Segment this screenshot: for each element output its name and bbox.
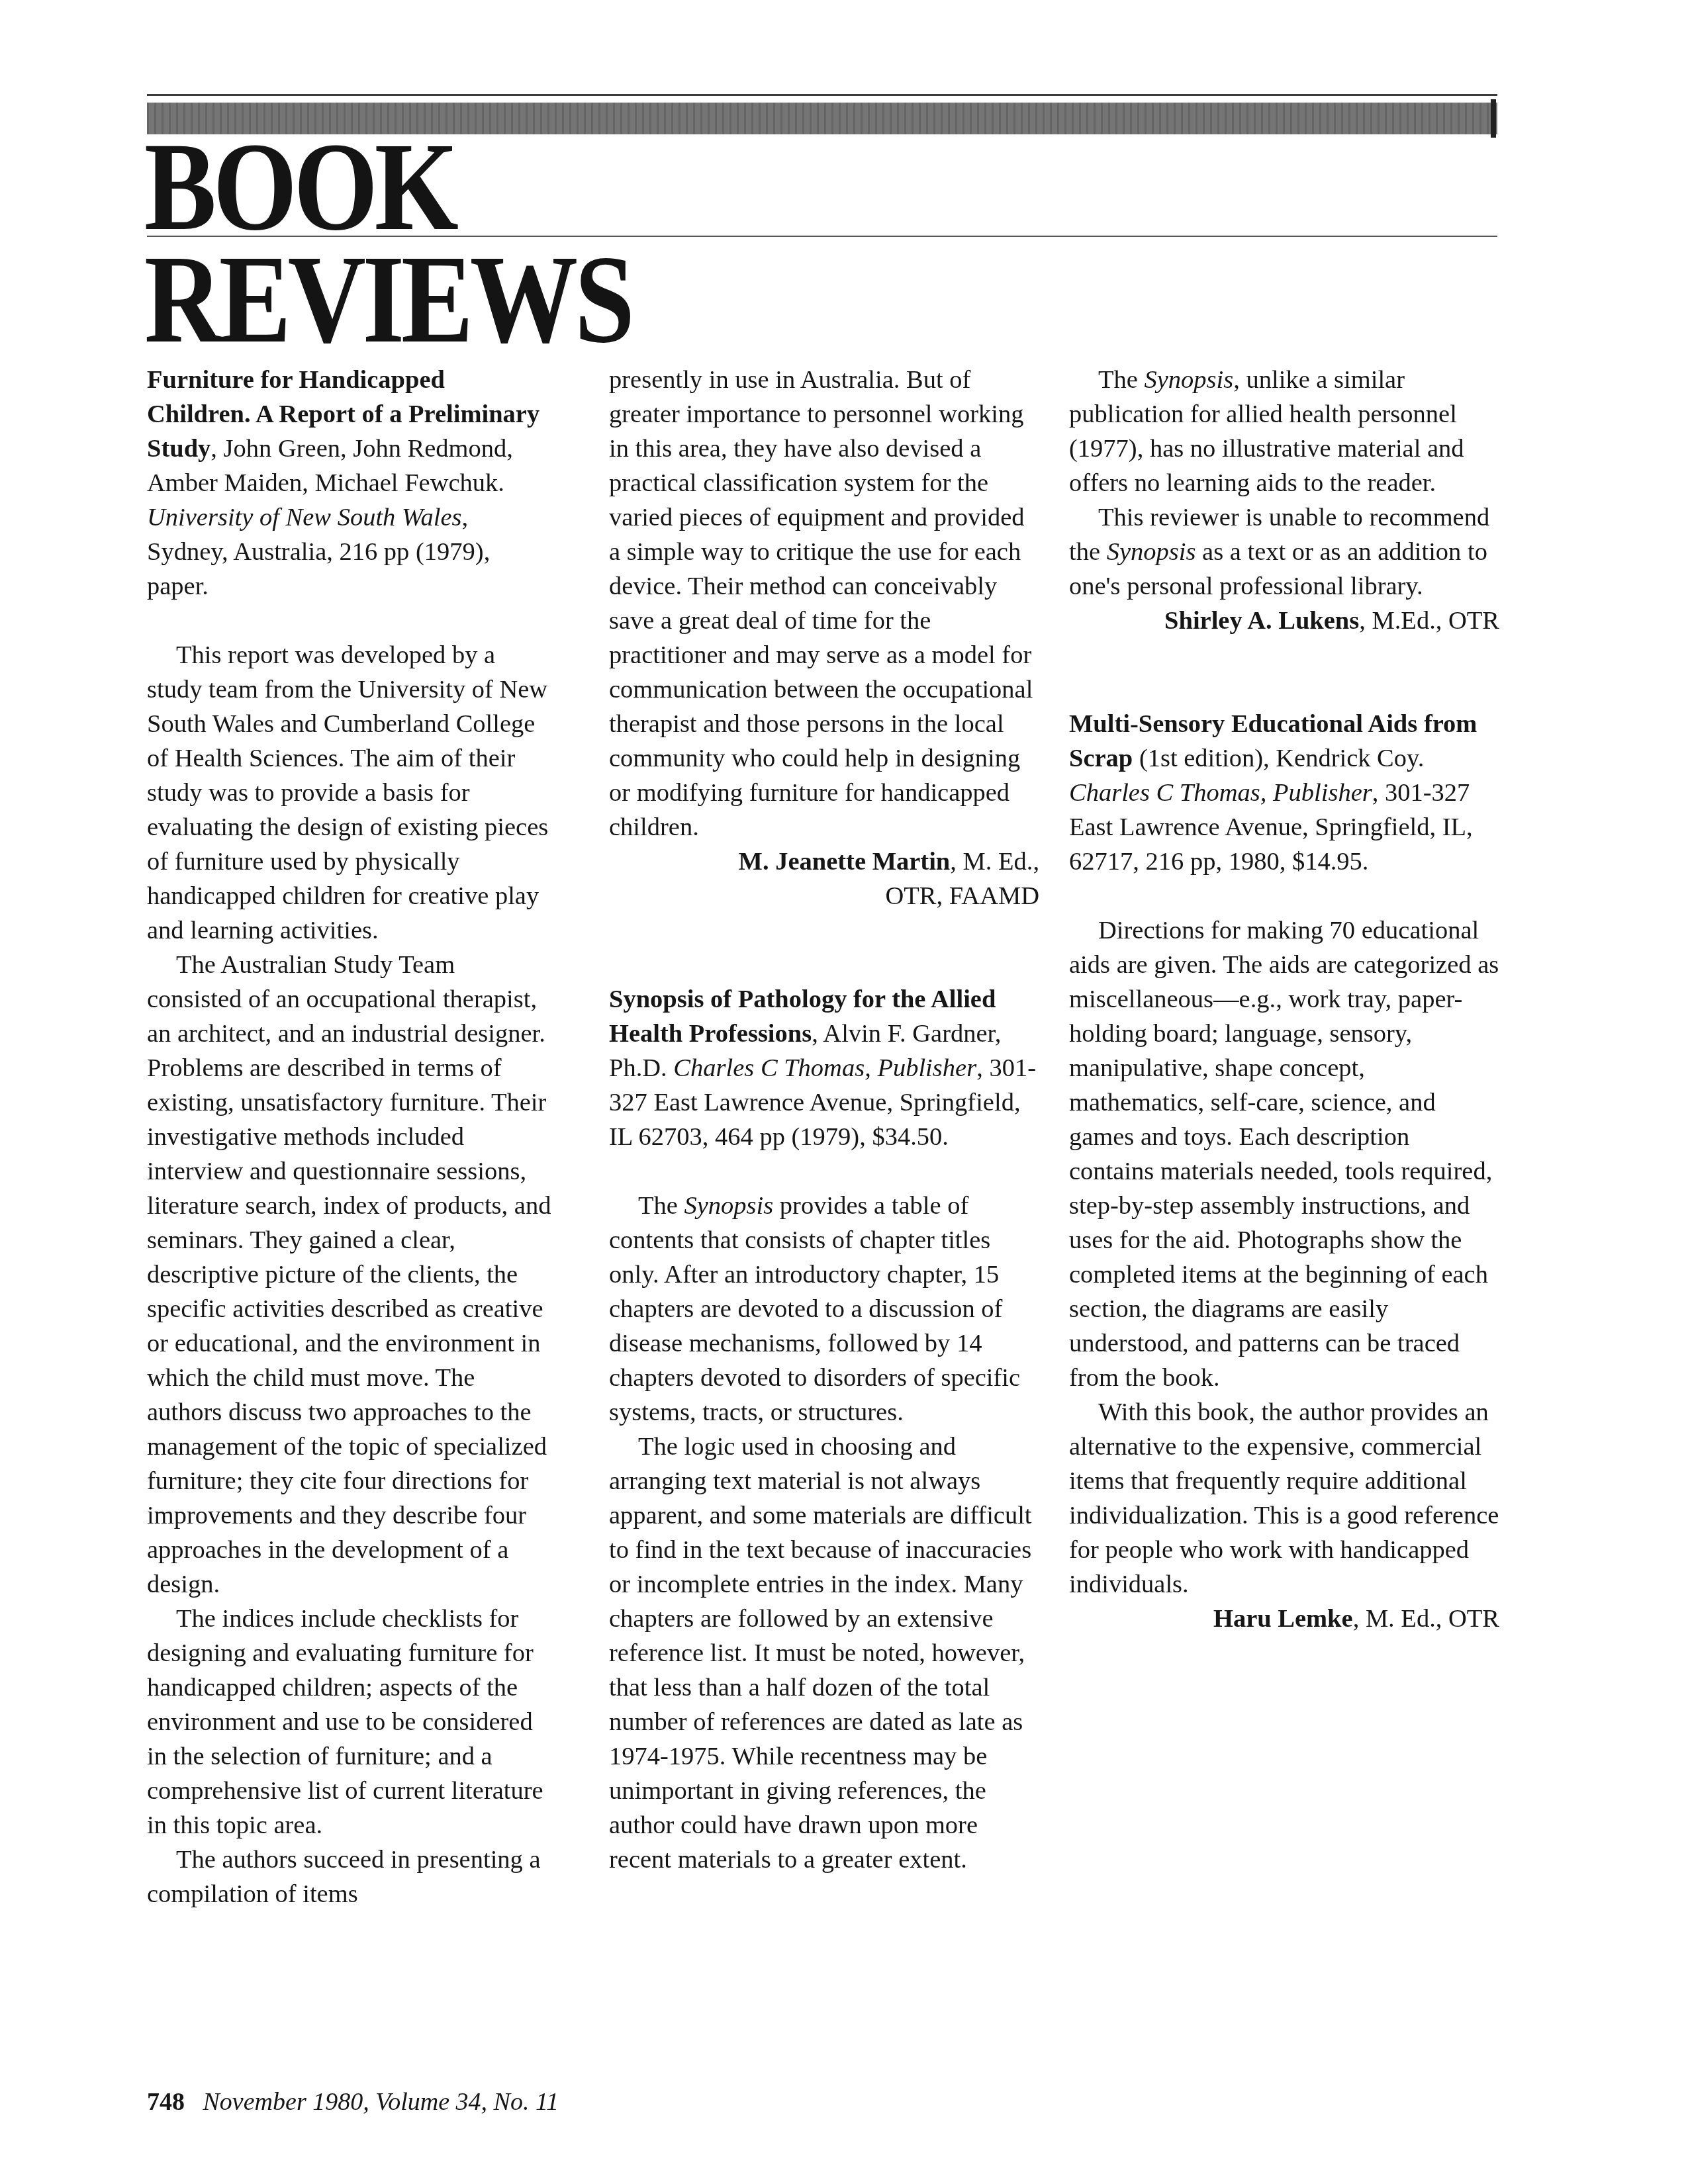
review-2-reviewer-name: Shirley A. Lukens: [1164, 607, 1359, 635]
issue-info: November 1980, Volume 34, No. 11: [203, 2088, 559, 2116]
review-3-paragraph: Directions for making 70 educational aid…: [1069, 913, 1499, 1395]
review-2-paragraph: The logic used in choosing and arranging…: [609, 1430, 1039, 1877]
text: The: [638, 1192, 684, 1220]
review-1-paragraph: This report was developed by a study tea…: [147, 638, 554, 948]
review-3-reviewer-credentials: , M. Ed., OTR: [1353, 1605, 1499, 1633]
review-1-reviewer-credentials-line2: OTR, FAAMD: [609, 879, 1039, 913]
spacer: [609, 913, 1039, 982]
review-1-publisher: University of New South Wales: [147, 504, 462, 531]
review-1-reviewer-name: M. Jeanette Martin: [739, 848, 951, 876]
text: The: [1098, 366, 1144, 394]
column-2: presently in use in Australia. But of gr…: [609, 363, 1039, 1877]
book-short-title: Synopsis: [1107, 538, 1196, 566]
column-3: The Synopsis, unlike a similar publicati…: [1069, 363, 1499, 1636]
spacer: [147, 604, 554, 638]
review-1-paragraph-continued: presently in use in Australia. But of gr…: [609, 363, 1039, 844]
review-1-reviewer-credentials: , M. Ed.,: [950, 848, 1039, 876]
review-3-authors: (1st edition), Kendrick Coy.: [1133, 745, 1424, 772]
review-1-reviewer: M. Jeanette Martin, M. Ed.,: [609, 844, 1039, 879]
review-2-paragraph: The Synopsis, unlike a similar publicati…: [1069, 363, 1499, 500]
review-3-reviewer-name: Haru Lemke: [1213, 1605, 1353, 1633]
review-2-paragraph: This reviewer is unable to recommend the…: [1069, 500, 1499, 604]
review-3-citation: Multi-Sensory Educational Aids from Scra…: [1069, 707, 1499, 879]
review-2-reviewer: Shirley A. Lukens, M.Ed., OTR: [1069, 604, 1499, 638]
header-band-endcap: [1491, 99, 1496, 138]
review-1-citation: Furniture for Handicapped Children. A Re…: [147, 363, 554, 604]
review-2-citation: Synopsis of Pathology for the Allied Hea…: [609, 982, 1039, 1154]
column-1: Furniture for Handicapped Children. A Re…: [147, 363, 554, 1911]
book-short-title: Synopsis: [684, 1192, 773, 1220]
review-3-paragraph: With this book, the author provides an a…: [1069, 1395, 1499, 1602]
review-2-publisher: Charles C Thomas, Publisher: [673, 1054, 976, 1082]
spacer: [609, 1154, 1039, 1189]
review-2-paragraph: The Synopsis provides a table of content…: [609, 1189, 1039, 1430]
review-1-paragraph: The Australian Study Team consisted of a…: [147, 948, 554, 1602]
text: provides a table of contents that consis…: [609, 1192, 1020, 1426]
spacer: [1069, 638, 1499, 707]
header-top-rule: [147, 94, 1497, 96]
page-number: 748: [147, 2088, 185, 2116]
spacer: [1069, 879, 1499, 913]
section-title-line2: REVIEWS: [144, 237, 632, 363]
review-1-paragraph: The indices include checklists for desig…: [147, 1602, 554, 1843]
review-2-reviewer-credentials: , M.Ed., OTR: [1359, 607, 1499, 635]
review-1-paragraph: The authors succeed in presenting a comp…: [147, 1843, 554, 1911]
review-3-publisher: Charles C Thomas, Publisher: [1069, 779, 1372, 807]
review-3-reviewer: Haru Lemke, M. Ed., OTR: [1069, 1602, 1499, 1636]
book-short-title: Synopsis: [1144, 366, 1233, 394]
page-footer: 748 November 1980, Volume 34, No. 11: [147, 2085, 559, 2119]
